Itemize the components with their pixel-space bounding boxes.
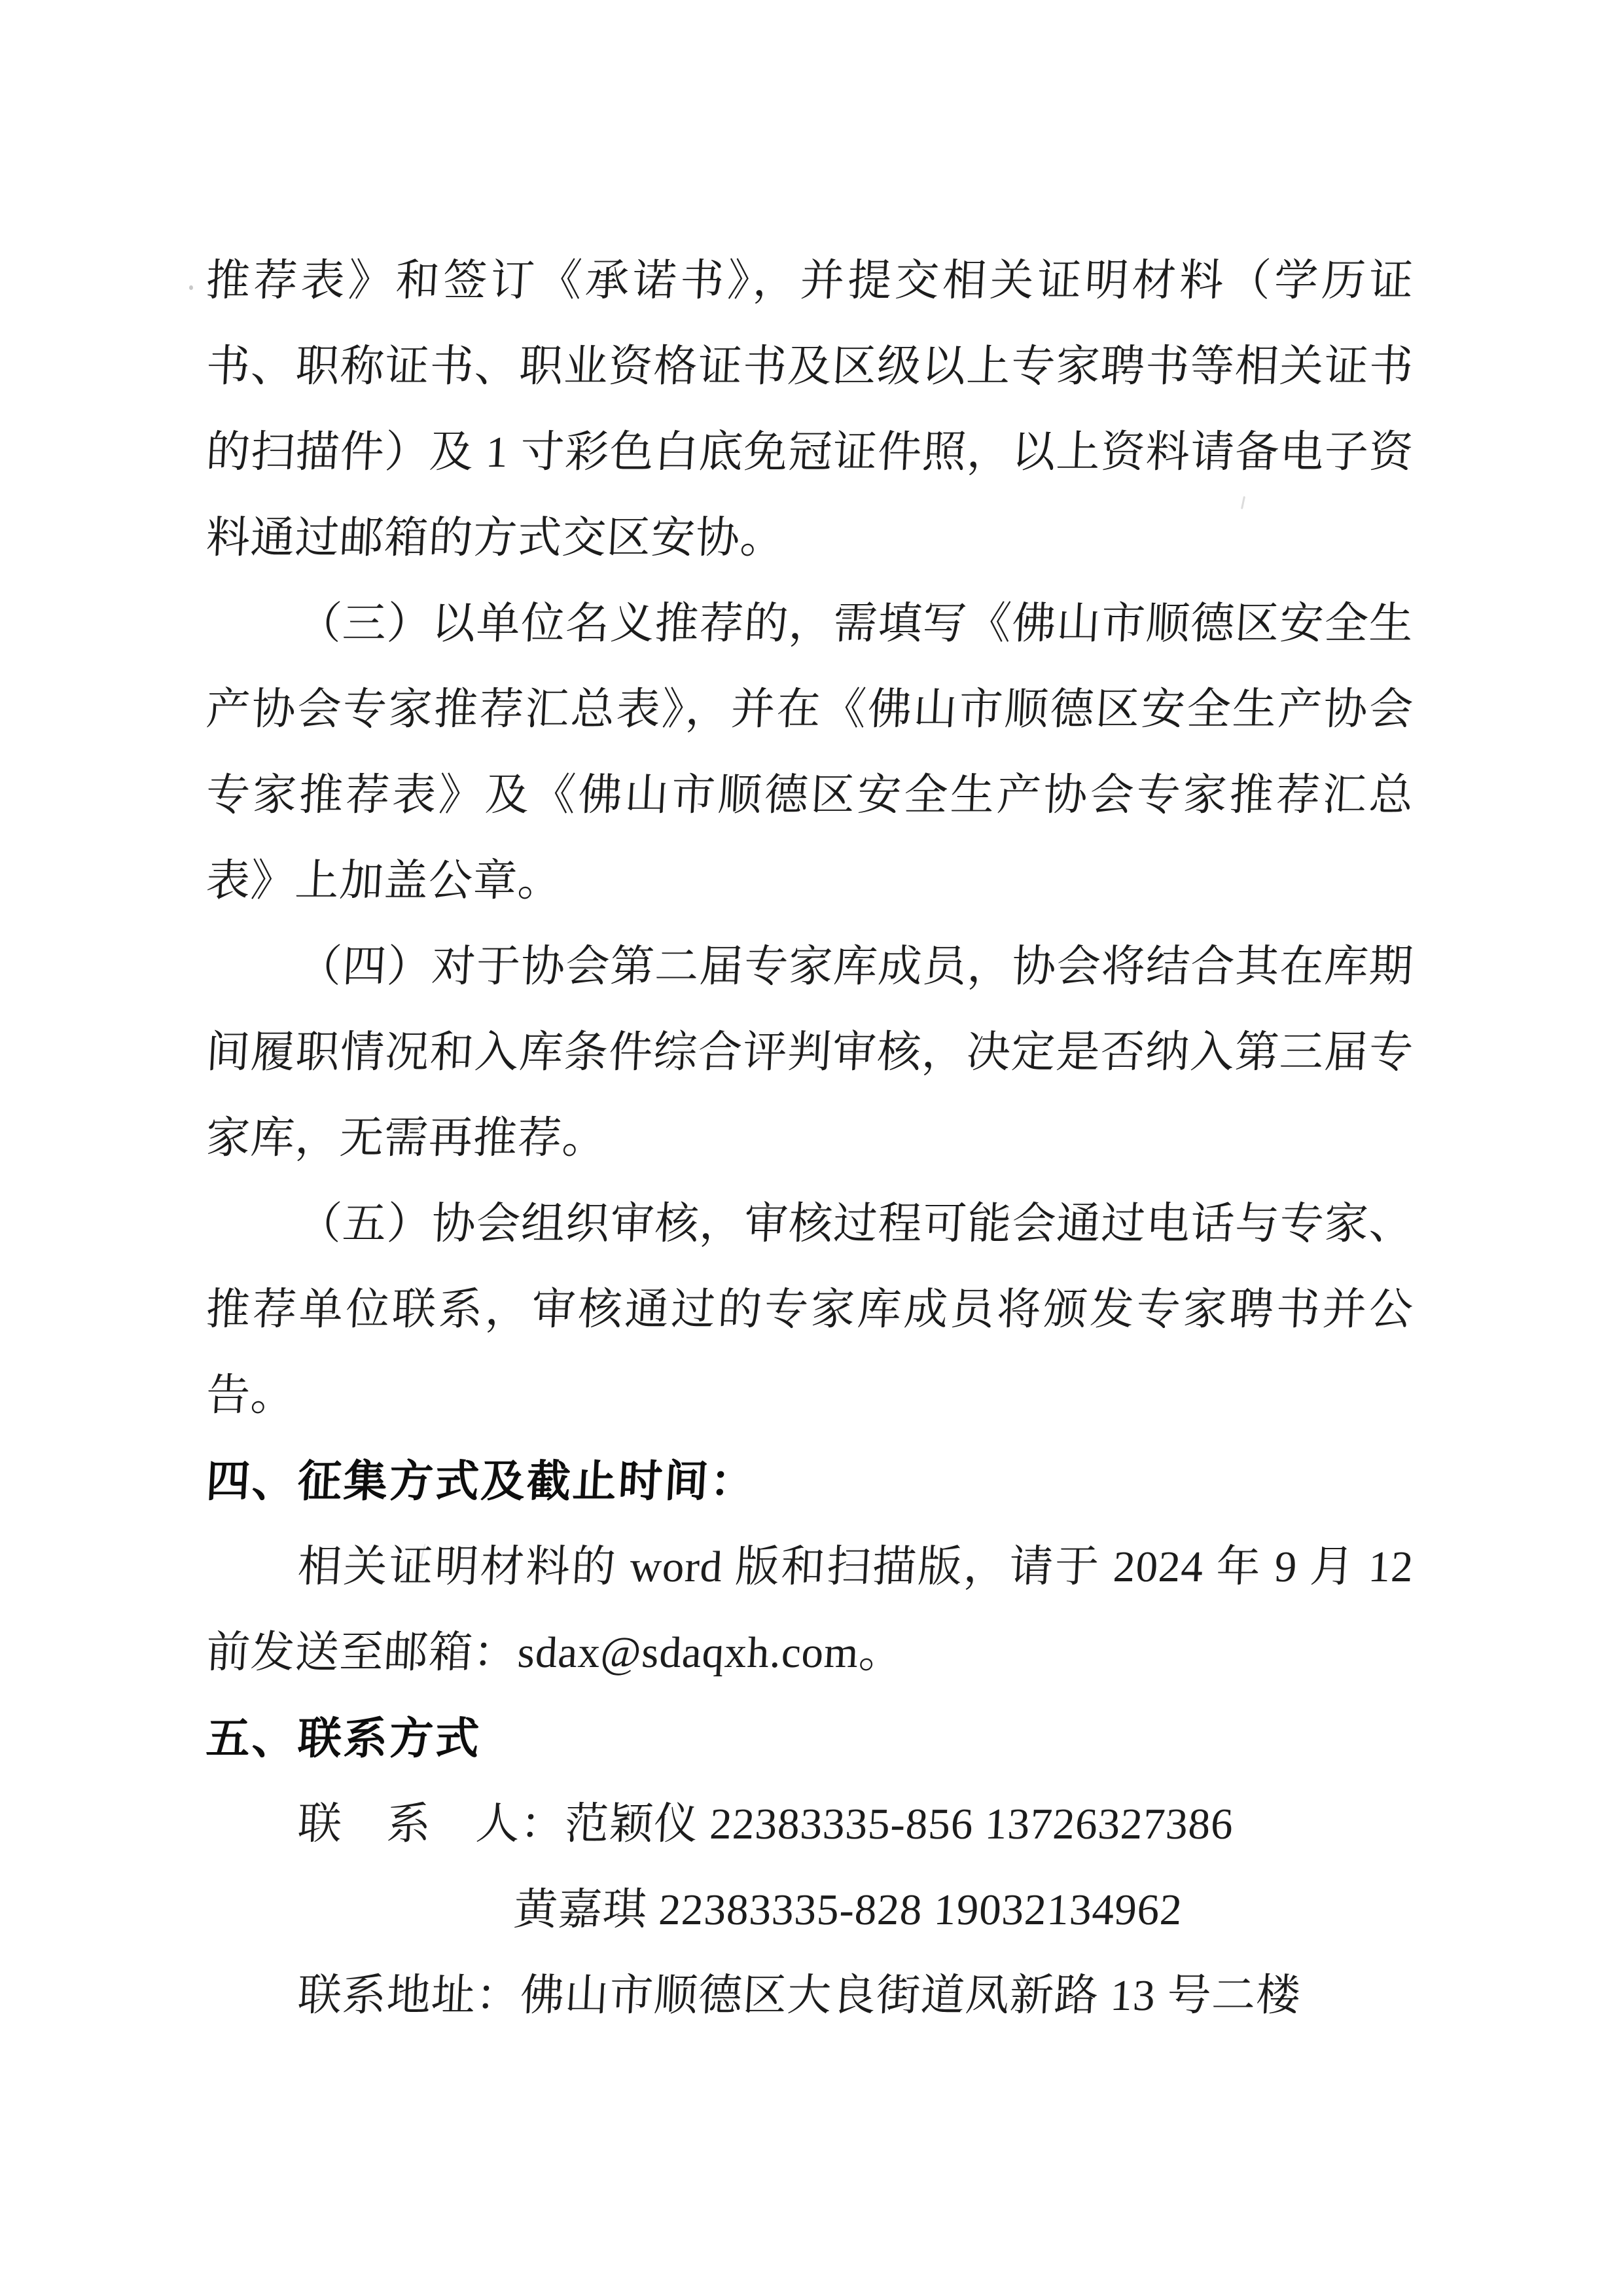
item-4-end-line: 家库，无需再推荐。 (204, 1096, 1416, 1181)
scan-speck (189, 285, 193, 290)
item-4-first-line: （四）对于协会第二届专家库成员，协会将结合其在库期 (204, 924, 1416, 1010)
contact-person-line-1: 联 系 人：范颖仪 22383335-856 13726327386 (204, 1782, 1416, 1867)
item-4-line: 间履职情况和入库条件综合评判审核，决定是否纳入第三届专 (204, 1010, 1416, 1096)
scanned-document-page: 推荐表》和签订《承诺书》，并提交相关证明材料（学历证 书、职称证书、职业资格证书… (0, 0, 1623, 2296)
contact-address-line: 联系地址：佛山市顺德区大良街道凤新路 13 号二楼 (204, 1953, 1416, 2039)
item-5-line: 推荐单位联系，审核通过的专家库成员将颁发专家聘书并公 (204, 1267, 1416, 1353)
paragraph-continuation-line: 的扫描件）及 1 寸彩色白底免冠证件照，以上资料请备电子资 (204, 410, 1416, 495)
item-5-end-line: 告。 (204, 1353, 1416, 1439)
email-line: 前发送至邮箱：sdax@sdaqxh.com。 (204, 1610, 1416, 1696)
item-3-end-line: 表》上加盖公章。 (204, 838, 1416, 924)
deadline-line: 相关证明材料的 word 版和扫描版，请于 2024 年 9 月 12 日 (204, 1524, 1416, 1610)
item-3-line: 专家推荐表》及《佛山市顺德区安全生产协会专家推荐汇总 (204, 753, 1416, 838)
item-3-line: 产协会专家推荐汇总表》，并在《佛山市顺德区安全生产协会 (204, 667, 1416, 753)
document-body: 推荐表》和签订《承诺书》，并提交相关证明材料（学历证 书、职称证书、职业资格证书… (206, 238, 1414, 2039)
paragraph-continuation-line: 推荐表》和签订《承诺书》，并提交相关证明材料（学历证 (204, 238, 1416, 324)
paragraph-continuation-line: 书、职称证书、职业资格证书及区级以上专家聘书等相关证书 (204, 324, 1416, 410)
paragraph-end-line: 料通过邮箱的方式交区安协。 (204, 495, 1416, 581)
contact-person-line-2: 黄嘉琪 22383335-828 19032134962 (204, 1867, 1416, 1953)
section-heading-5: 五、联系方式 (204, 1696, 1416, 1782)
item-3-first-line: （三）以单位名义推荐的，需填写《佛山市顺德区安全生 (204, 581, 1416, 667)
item-5-first-line: （五）协会组织审核，审核过程可能会通过电话与专家、 (204, 1181, 1416, 1267)
section-heading-4: 四、征集方式及截止时间： (204, 1439, 1416, 1524)
